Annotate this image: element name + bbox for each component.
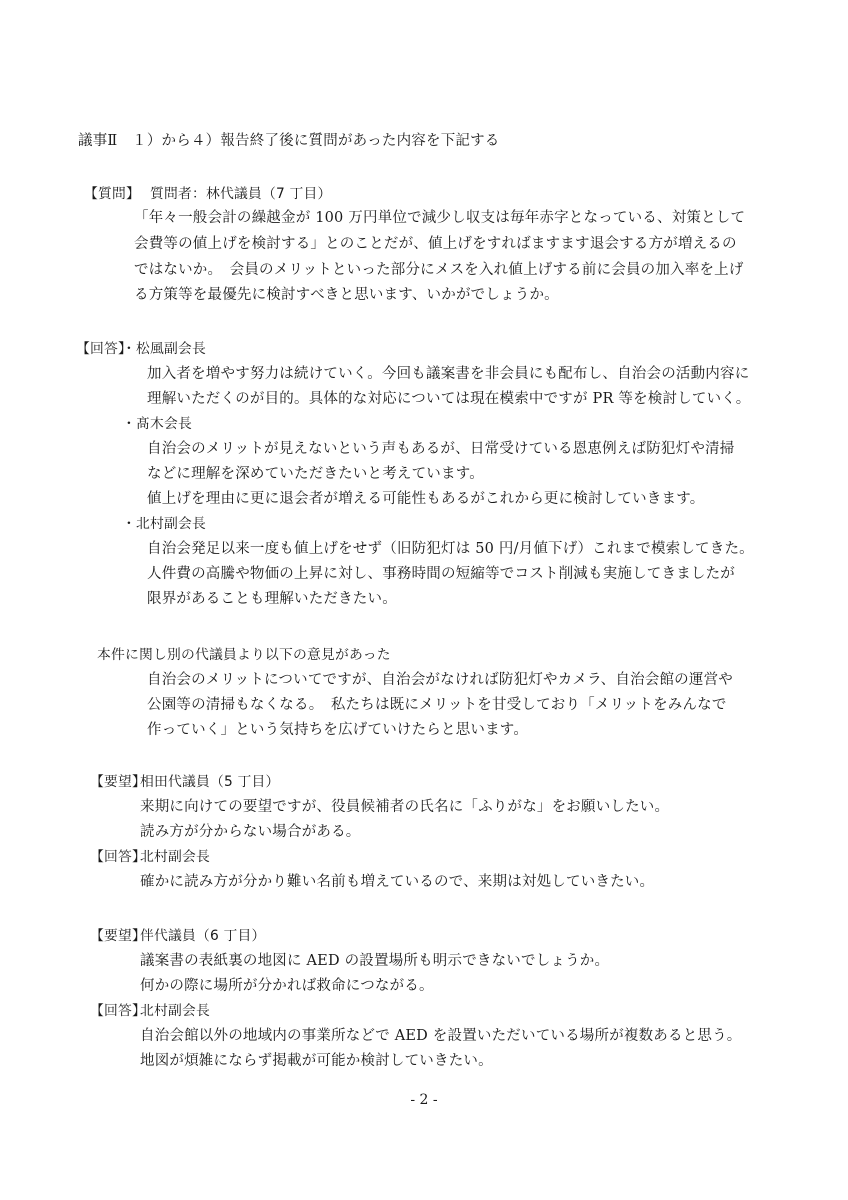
answer-tag: 【回答】 <box>90 847 146 867</box>
answer-line: 人件費の高騰や物価の上昇に対し、事務時間の短縮等でコスト削減も実施してきましたが <box>147 564 735 584</box>
answer-line: 地図が煩雑にならず掲載が可能か検討していきたい。 <box>140 1051 493 1071</box>
page-number: - 2 - <box>0 1092 848 1108</box>
answer-line: 限界があることも理解いただきたい。 <box>147 589 397 609</box>
question-asker: 質問者：林代議員（7 丁目） <box>150 184 332 204</box>
opinion-intro: 本件に関し別の代議員より以下の意見があった <box>97 645 391 665</box>
question-line: 「年々一般会計の繰越金が 100 万円単位で減少し収支は毎年赤字となっている、対… <box>134 208 745 228</box>
responder-name: ・松風副会長 <box>122 339 206 359</box>
answer-line: 自治会のメリットが見えないという声もあるが、日常受けている恩恵例えば防犯灯や清掃 <box>147 439 734 459</box>
question-tag: 【質問】 <box>84 184 140 204</box>
answer-line: 加入者を増やす努力は続けていく。今回も議案書を非会員にも配布し、自治会の活動内容… <box>147 364 749 384</box>
request-line: 来期に向けての要望ですが、役員候補者の氏名に「ふりがな」をお願いしたい。 <box>140 797 669 817</box>
answer-line: 値上げを理由に更に退会者が増える可能性もあるがこれから更に検討していきます。 <box>147 489 704 509</box>
answer-who: 北村副会長 <box>140 847 210 867</box>
answer-line: 自治会発足以来一度も値上げをせず（旧防犯灯は 50 円/月値下げ）これまで模索し… <box>147 539 754 559</box>
request-line: 何かの際に場所が分かれば救命につながる。 <box>140 976 434 996</box>
answer-line: 確かに読み方が分かり難い名前も増えているので、来期は対処していきたい。 <box>140 872 654 892</box>
question-line: ではないか。 会員のメリットといった部分にメスを入れ値上げする前に会員の加入率を… <box>134 260 744 280</box>
opinion-line: 自治会のメリットについてですが、自治会がなければ防犯灯やカメラ、自治会館の運営や <box>147 670 733 690</box>
opinion-line: 作っていく」という気持ちを広げていけたらと思います。 <box>147 720 528 740</box>
request-tag: 【要望】 <box>90 772 146 792</box>
answer-line: などに理解を深めていただきたいと考えています。 <box>147 464 484 484</box>
request-line: 議案書の表紙裏の地図に AED の設置場所も明示できないでしょうか。 <box>140 951 609 971</box>
request-who: 伴代議員（6 丁目） <box>140 926 266 946</box>
opinion-line: 公園等の清掃もなくなる。 私たちは既にメリットを甘受しており「メリットをみんなで <box>147 695 727 715</box>
request-tag: 【要望】 <box>90 926 146 946</box>
question-line: る方策等を最優先に検討すべきと思います、いかがでしょうか。 <box>134 285 559 305</box>
answer-tag: 【回答】 <box>90 1001 146 1021</box>
responder-name: ・北村副会長 <box>122 514 206 534</box>
responder-name: ・髙木会長 <box>122 414 192 434</box>
request-who: 相田代議員（5 丁目） <box>140 772 280 792</box>
answer-line: 自治会館以外の地域内の事業所などで AED を設置いただいている場所が複数あると… <box>140 1026 742 1046</box>
section-heading: 議事Ⅱ １）から４）報告終了後に質問があった内容を下記する <box>78 131 500 151</box>
answer-who: 北村副会長 <box>140 1001 210 1021</box>
answer-line: 理解いただくのが目的。具体的な対応については現在模索中ですが PR 等を検討して… <box>147 389 750 409</box>
request-line: 読み方が分からない場合がある。 <box>140 822 361 842</box>
question-line: 会費等の値上げを検討する」とのことだが、値上げをすればますます退会する方が増える… <box>134 234 737 254</box>
